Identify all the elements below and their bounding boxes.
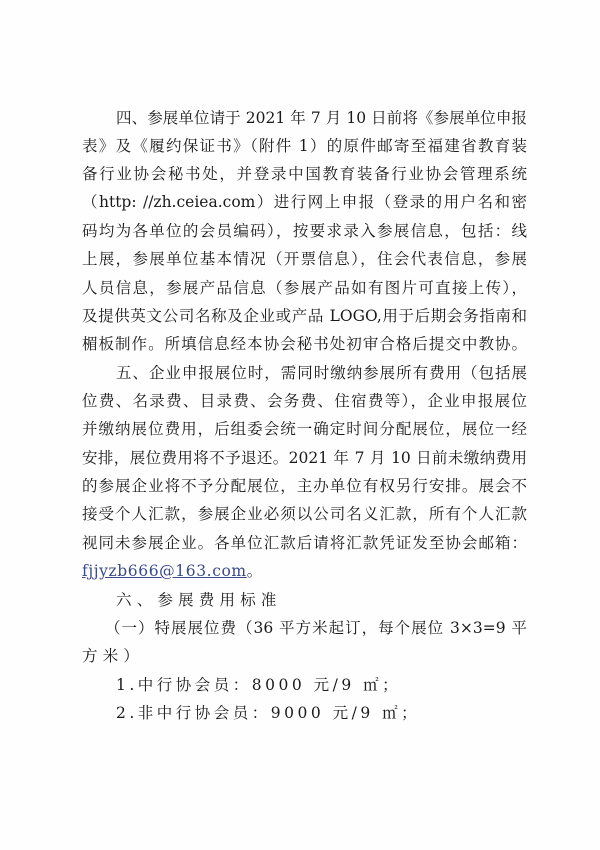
paragraph-4-line-4: （http: //zh.ceiea.com）进行网上申报（登录的用户名和密 xyxy=(82,188,527,216)
paragraph-4-line-3: 备行业协会秘书处，并登录中国教育装备行业协会管理系统 xyxy=(82,160,527,188)
email-line: fjjyzb666@163.com。 xyxy=(82,557,527,585)
paragraph-4-line-7: 人员信息，参展产品信息（参展产品如有图片可直接上传）， xyxy=(82,274,527,302)
paragraph-4-line-1: 四、参展单位请于 2021 年 7 月 10 日前将《参展单位申报 xyxy=(116,104,527,132)
paragraph-4-line-9: 楣板制作。所填信息经本协会秘书处初审合格后提交中教协。 xyxy=(82,330,527,358)
fee-item-member: 1.中行协会员：8000 元/9 ㎡； xyxy=(116,671,527,699)
section-six-title: 六、参展费用标准 xyxy=(116,586,527,614)
subsection-one: （一）特展展位费（36 平方米起订，每个展位 3×3=9 平 xyxy=(105,614,527,642)
paragraph-5-line-3: 并缴纳展位费用，后组委会统一确定时间分配展位，展位一经 xyxy=(82,415,527,443)
paragraph-4-line-8: 及提供英文公司名称及企业或产品 LOGO,用于后期会务指南和 xyxy=(82,302,527,330)
paragraph-5-line-7: 视同未参展企业。各单位汇款后请将汇款凭证发至协会邮箱： xyxy=(82,529,527,557)
fee-item-non-member: 2.非中行协会员：9000 元/9 ㎡； xyxy=(116,699,527,727)
paragraph-5-line-6: 接受个人汇款，参展企业必须以公司名义汇款，所有个人汇款 xyxy=(82,500,527,528)
paragraph-4-line-6: 上展，参展单位基本情况（开票信息），住会代表信息，参展 xyxy=(82,245,527,273)
paragraph-4-line-2: 表》及《履约保证书》（附件 1）的原件邮寄至福建省教育装 xyxy=(82,132,527,160)
document-page: 四、参展单位请于 2021 年 7 月 10 日前将《参展单位申报 表》及《履约… xyxy=(0,0,600,850)
paragraph-5-line-2: 位费、名录费、目录费、会务费、住宿费等），企业申报展位 xyxy=(82,387,527,415)
email-period: 。 xyxy=(247,562,263,580)
paragraph-5-line-5: 的参展企业将不予分配展位，主办单位有权另行安排。展会不 xyxy=(82,472,527,500)
email-link[interactable]: fjjyzb666@163.com xyxy=(82,562,247,580)
subsection-one-continued: 方米） xyxy=(82,642,527,670)
paragraph-5-line-4: 安排，展位费用将不予退还。2021 年 7 月 10 日前未缴纳费用 xyxy=(82,444,527,472)
paragraph-4-line-5: 码均为各单位的会员编码），按要求录入参展信息，包括：线 xyxy=(82,217,527,245)
paragraph-5-line-1: 五、企业申报展位时，需同时缴纳参展所有费用（包括展 xyxy=(116,359,527,387)
